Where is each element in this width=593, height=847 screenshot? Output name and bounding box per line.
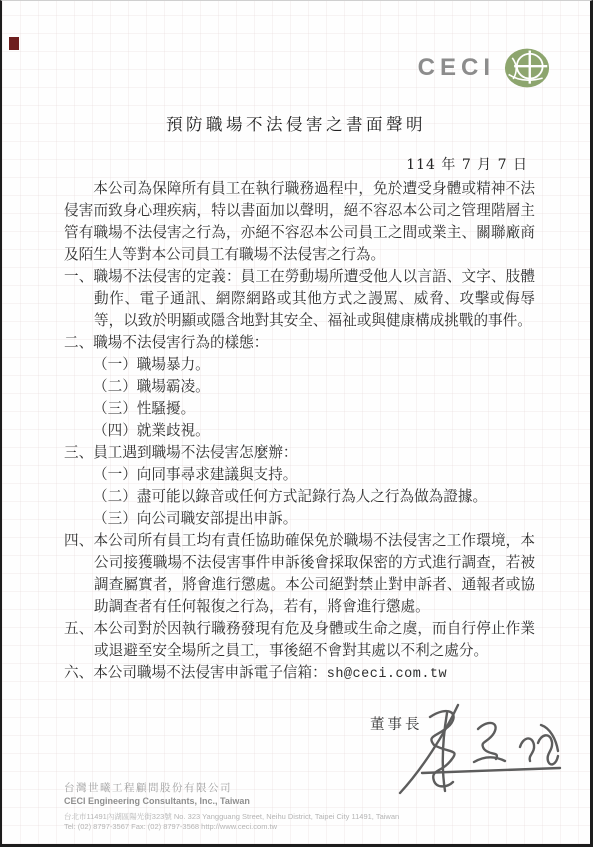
document-title: 預防職場不法侵害之書面聲明 [2,111,590,135]
section-5-text: 本公司對於因執行職務發現有危及身體或生命之虞，而自行停止作業或退避至安全場所之員… [93,620,535,659]
section-2-sub-4: （四）就業歧視。 [93,420,535,442]
section-4-text: 本公司所有員工均有責任協助確保免於職場不法侵害之工作環境，本公司接獲職場不法侵害… [93,532,535,615]
ceci-logo-text: CECI [418,54,495,82]
section-6-text: 本公司職場不法侵害申訴電子信箱： [93,664,327,681]
company-name-zh: 台灣世曦工程顧問股份有限公司 [64,782,544,794]
section-2-text: 職場不法侵害行為的樣態： [93,334,268,351]
section-2-sub-3: （三）性騷擾。 [93,398,535,420]
section-4-number: 四、 [64,532,93,549]
section-2-sub-1: （一）職場暴力。 [93,354,535,376]
section-3-text: 員工遇到職場不法侵害怎麼辦： [93,444,297,461]
section-3-sub-2: （二）盡可能以錄音或任何方式記錄行為人之行為做為證據。 [93,486,535,508]
document-date: 114 年 7 月 7 日 [406,154,528,174]
complaint-email: sh@ceci.com.tw [327,667,447,682]
company-name-en: CECI Engineering Consultants, Inc., Taiw… [64,795,544,807]
section-6: 六、本公司職場不法侵害申訴電子信箱：sh@ceci.com.tw [64,662,535,686]
section-2-number: 二、 [64,334,93,351]
section-1-number: 一、 [64,268,93,285]
company-address: 台北市11491內湖區陽光街323號 No. 323 Yangguang Str… [64,812,544,822]
document-page: CECI 預防職場不法侵害之書面聲明 114 年 7 月 7 日 本公司為保障所… [0,0,593,847]
letterhead-footer: 台灣世曦工程顧問股份有限公司 CECI Engineering Consulta… [64,782,544,832]
section-2-sub-2: （二）職場霸凌。 [93,376,535,398]
ceci-logo: CECI [418,47,550,89]
scan-mark [9,37,19,50]
section-3-number: 三、 [64,444,93,461]
document-body: 本公司為保障所有員工在執行職務過程中，免於遭受身體或精神不法侵害而致身心理疾病，… [64,178,535,686]
section-3-sub-3: （三）向公司職安部提出申訴。 [93,508,535,530]
section-4: 四、本公司所有員工均有責任協助確保免於職場不法侵害之工作環境，本公司接獲職場不法… [64,530,535,618]
globe-icon [504,47,550,89]
section-1-text: 職場不法侵害的定義：員工在勞動場所遭受他人以言語、文字、肢體動作、電子通訊、網際… [93,268,535,329]
section-1: 一、職場不法侵害的定義：員工在勞動場所遭受他人以言語、文字、肢體動作、電子通訊、… [64,266,535,332]
section-5-number: 五、 [64,620,93,637]
section-2: 二、職場不法侵害行為的樣態： [64,332,535,354]
intro-paragraph: 本公司為保障所有員工在執行職務過程中，免於遭受身體或精神不法侵害而致身心理疾病，… [64,178,535,266]
section-5: 五、本公司對於因執行職務發現有危及身體或生命之虞，而自行停止作業或退避至安全場所… [64,618,535,662]
company-contact: Tel: (02) 8797-3567 Fax: (02) 8797-3568 … [64,822,544,832]
section-3-sub-1: （一）向同事尋求建議與支持。 [93,464,535,486]
section-3: 三、員工遇到職場不法侵害怎麼辦： [64,442,535,464]
section-6-number: 六、 [64,664,93,681]
